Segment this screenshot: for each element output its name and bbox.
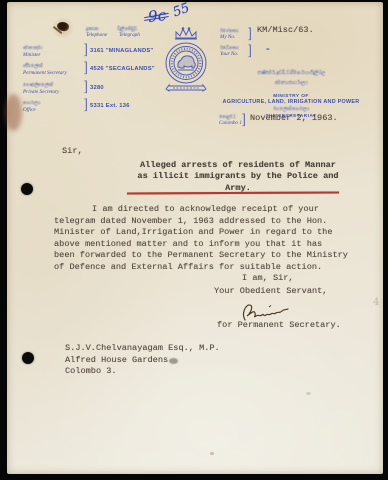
punch-hole-top — [21, 183, 33, 195]
colombo-label: Colombo 1 — [219, 121, 242, 127]
addressee-line: S.J.V.Chelvanayagam Esq., M.P. — [65, 343, 220, 355]
body-line: Minister of Land,Irrigation and Power in… — [54, 227, 362, 239]
private-secretary-label-sinhala: පෞද්ගලික ලේකම් — [23, 83, 53, 88]
permanent-secretary-label: Permanent Secretary — [23, 71, 67, 77]
body-line: been forwarded to the Permanent Secretar… — [54, 250, 362, 262]
subject-line: Alleged arrests of residents of Mannar — [117, 160, 359, 171]
salutation: Sir, — [62, 146, 83, 158]
subject-block: Alleged arrests of residents of Mannar a… — [117, 160, 359, 194]
ink-smudge — [169, 358, 178, 364]
office-label: Office — [23, 108, 36, 114]
letter-date: November 2, 1963. — [250, 113, 338, 125]
minister-label: Minister — [23, 53, 41, 59]
bracket: ] — [84, 99, 88, 112]
bracket: ] — [248, 45, 252, 58]
your-no-label: Your No. — [220, 52, 238, 58]
body-line: above mentioned matter and to inform you… — [54, 239, 362, 251]
addressee-block: S.J.V.Chelvanayagam Esq., M.P. Alfred Ho… — [65, 343, 220, 378]
government-crest-icon — [164, 26, 208, 99]
minister-label-sinhala: අමාත්‍යතුමා — [23, 46, 42, 51]
signed-for: for Permanent Secretary. — [217, 320, 341, 332]
my-no-value: KM/Misc/63. — [257, 25, 314, 37]
office-label-sinhala: කාර්යාලය — [23, 101, 40, 106]
private-secretary-label: Private Secretary — [23, 90, 59, 96]
letter-page: 9c 55 දුරකථන Telephone විදුලි පණිවුඩ Tel… — [7, 2, 383, 474]
permanent-secretary-label-sinhala: ස්ථිර ලේකම් — [23, 64, 42, 69]
body-line: telegram dated November 1, 1963 addresse… — [54, 216, 362, 228]
pencil-margin-mark: 4 — [373, 297, 379, 308]
bracket: ] — [242, 114, 246, 127]
permanent-secretary-phone: 4526 "SECAGLANDS" — [90, 66, 155, 72]
office-phone: 5331 Ext. 136 — [90, 103, 130, 109]
addressee-line: Colombo 3. — [65, 366, 220, 378]
body-line: of Defence and External Affairs for suit… — [54, 262, 362, 274]
punch-hole-bottom — [22, 352, 34, 364]
bracket: ] — [84, 62, 88, 75]
body-paragraph: I am directed to acknowledge receipt of … — [54, 204, 362, 274]
closing-line2: Your Obedient Servant, — [214, 286, 327, 298]
addressee-line: Alfred House Gardens — [65, 355, 220, 367]
body-line: I am directed to acknowledge receipt of … — [54, 204, 362, 216]
handwritten-number: 55 — [171, 1, 192, 21]
bracket: ] — [84, 44, 88, 57]
private-secretary-phone: 3280 — [90, 85, 104, 91]
paper-speck — [210, 452, 214, 455]
subject-line: as illicit immigrants by the Police and — [117, 171, 359, 182]
closing-line1: I am, Sir, — [242, 273, 294, 285]
minister-phone: 3161 "MINAGLANDS" — [90, 48, 154, 54]
telephone-header: Telephone — [86, 33, 107, 39]
bracket: ] — [248, 28, 252, 41]
your-no-value: - — [266, 42, 270, 55]
bracket: ] — [84, 81, 88, 94]
paper-speck — [306, 392, 311, 395]
my-no-label: My No. — [220, 35, 235, 41]
edge-stain — [5, 94, 22, 131]
telegraph-header: Telegraph — [119, 33, 140, 39]
